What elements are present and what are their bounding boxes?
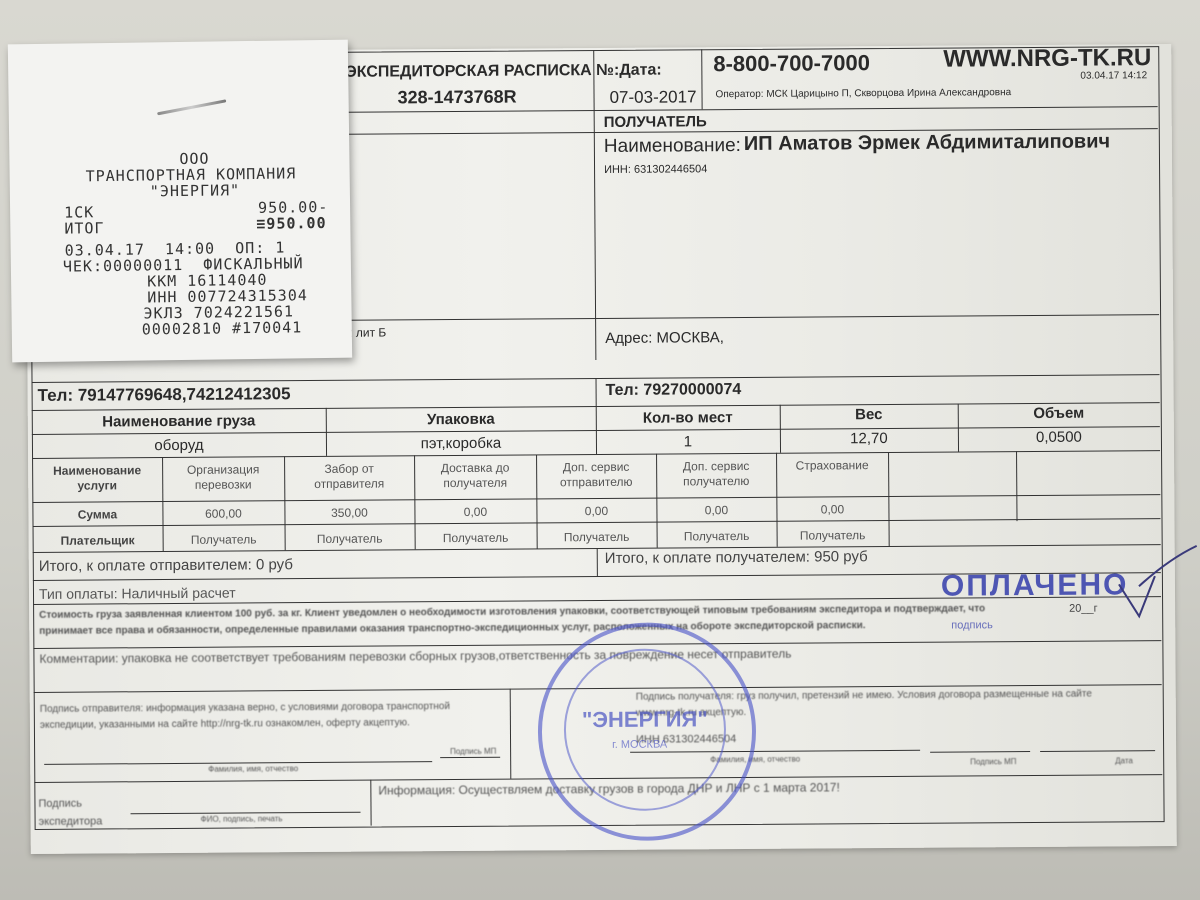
recipient-name-label: Наименование: <box>604 135 741 158</box>
recipient-section-label: ПОЛУЧАТЕЛЬ <box>604 113 707 131</box>
recipient-inn: ИНН: 631302446504 <box>604 163 707 176</box>
cargo-header-weight: Вес <box>780 406 958 424</box>
forwarder-caption: ФИО, подпись, печать <box>201 814 283 824</box>
date-label: Дата: <box>619 62 661 80</box>
service-sum: 0,00 <box>776 502 888 517</box>
receipt-total-amount: ≡950.00 <box>256 214 326 233</box>
cargo-header-volume: Объем <box>958 404 1160 422</box>
service-sum: 0,00 <box>414 504 536 519</box>
cash-register-receipt: ООО ТРАНСПОРТНАЯ КОМПАНИЯ "ЭНЕРГИЯ" 1СК … <box>8 40 352 363</box>
website: WWW.NRG-TK.RU <box>943 44 1151 73</box>
receipt-total-label: ИТОГ <box>64 219 104 238</box>
services-row-label-payer: Плательщик <box>33 533 163 548</box>
receipt-company-name: "ЭНЕРГИЯ" <box>150 181 241 200</box>
payment-type: Тип оплаты: Наличный расчет <box>39 585 236 602</box>
cargo-places-value: 1 <box>596 433 780 451</box>
receipt-title: ЭКСПЕДИТОРСКАЯ РАСПИСКА №: <box>345 62 619 82</box>
staple-icon <box>157 99 226 115</box>
service-payer: Получатель <box>657 529 777 544</box>
forwarder-label-2: экспедитора <box>39 815 103 827</box>
service-name: Доставка до получателя <box>414 460 536 491</box>
printed-at: 03.04.17 14:12 <box>1080 70 1147 81</box>
totals-divider <box>597 548 598 576</box>
cargo-name-value: оборуд <box>32 436 326 455</box>
service-payer: Получатель <box>285 531 415 546</box>
cargo-header-places: Кол-во мест <box>596 409 780 427</box>
recipient-date-caption: Дата <box>1115 756 1133 765</box>
sender-phone: Тел: 79147769648,74212412305 <box>38 384 291 406</box>
company-round-stamp: "ЭНЕРГИЯ" г. МОСКВА <box>537 622 757 842</box>
stamp-company-name: "ЭНЕРГИЯ" <box>582 706 708 733</box>
service-payer: Получатель <box>537 530 657 545</box>
paid-stamp-date: 20__г <box>1069 603 1098 615</box>
receipt-serial: 00002810 #170041 <box>142 318 303 338</box>
service-sum: 0,00 <box>656 503 776 518</box>
cargo-volume-value: 0,0500 <box>958 428 1160 446</box>
services-row-label-name: Наименование услуги <box>32 463 162 494</box>
cargo-packaging-value: пэт,коробка <box>326 434 596 453</box>
recipient-name-value: ИП Аматов Эрмек Абдимиталипович <box>744 130 1110 156</box>
services-row-label-sum: Сумма <box>32 507 162 522</box>
service-name: Страхование <box>776 458 888 474</box>
stamp-city: г. МОСКВА <box>612 739 667 751</box>
recipient-total: Итого, к оплате получателем: 950 руб <box>605 548 868 567</box>
forwarder-label-1: Подпись <box>38 798 82 810</box>
cargo-header-packaging: Упаковка <box>326 410 596 429</box>
service-name: Организация перевозки <box>162 462 284 493</box>
recipient-phone: Тел: 79270000074 <box>606 381 742 400</box>
date-value: 07-03-2017 <box>609 87 696 108</box>
hotline-phone: 8-800-700-7000 <box>713 50 870 77</box>
paid-stamp-caption: подпись <box>951 619 993 631</box>
paid-stamp: ОПЛАЧЕНО <box>941 568 1129 603</box>
cargo-header-name: Наименование груза <box>32 412 326 431</box>
service-name: Забор от отправителя <box>284 461 414 492</box>
operator: Оператор: МСК Царицыно П, Скворцова Ирин… <box>715 87 1011 100</box>
service-name: Доп. сервис отправителю <box>536 460 656 491</box>
sender-total: Итого, к оплате отправителем: 0 руб <box>39 556 293 575</box>
service-payer: Получатель <box>415 530 537 545</box>
service-sum: 0,00 <box>536 504 656 519</box>
sender-fio-caption: Фамилия, имя, отчество <box>208 764 298 774</box>
checkmark-signature-icon <box>1109 544 1200 625</box>
service-payer: Получатель <box>163 532 285 547</box>
cargo-weight-value: 12,70 <box>780 430 958 448</box>
recipient-address: Адрес: МОСКВА, <box>605 329 724 347</box>
service-sum: 350,00 <box>284 505 414 520</box>
service-payer: Получатель <box>777 528 889 543</box>
receipt-number: 328-1473768R <box>397 87 516 109</box>
recipient-sign-caption: Подпись МП <box>970 757 1016 766</box>
sender-sign-caption: Подпись МП <box>450 747 496 756</box>
service-name: Доп. сервис получателю <box>656 459 776 490</box>
service-sum: 600,00 <box>162 506 284 521</box>
phone-divider <box>596 378 597 406</box>
